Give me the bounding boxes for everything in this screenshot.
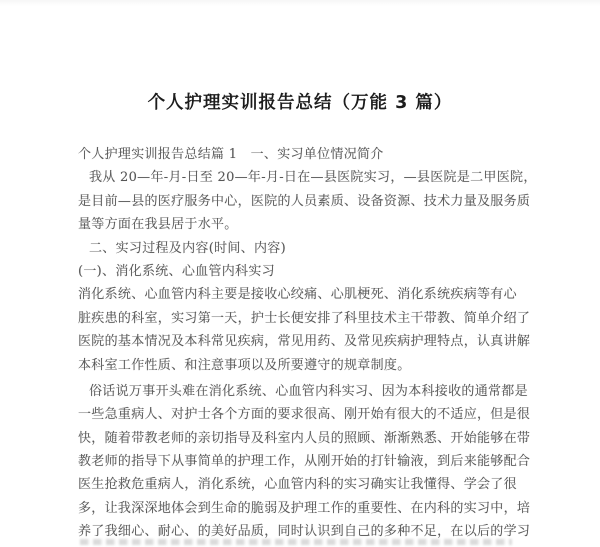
text-line: 一些急重病人、对护士各个方面的要求很高、刚开始有很大的不适应，但是很 — [78, 403, 528, 426]
text-line: 医院的基本情况及本科常见疾病，常见用药、及常见疾病护理特点，认真讲解 — [78, 330, 528, 353]
text-line: 医生抢救危重病人，消化系统，心血管内科的实习确实让我懂得、学会了很 — [78, 473, 528, 496]
document-title: 个人护理实训报告总结（万能 3 篇） — [0, 89, 600, 114]
text-line: 快，随着带教老师的亲切指导及科室内人员的照顾、渐渐熟悉、开始能够在带 — [78, 427, 528, 450]
text-line: (一)、消化系统、心血管内科实习 — [78, 260, 528, 283]
text-line: 二、实习过程及内容(时间、内容) — [78, 237, 528, 260]
text-line: 本科室工作性质、和注意事项以及所要遵守的规章制度。 — [78, 354, 528, 377]
text-line: 俗话说万事开头难在消化系统、心血管内科实习、因为本科接收的通常都是 — [78, 380, 528, 403]
text-line: 是目前—县的医疗服务中心，医院的人员素质、设备资源、技术力量及服务质 — [78, 190, 528, 213]
text-line: 量等方面在我县居于水平。 — [78, 213, 528, 236]
text-line: 个人护理实训报告总结篇 1 一、实习单位情况简介 — [78, 143, 528, 166]
text-line: 教老师的指导下从事简单的护理工作，从刚开始的打针输液，到后来能够配合 — [78, 450, 528, 473]
document-body: 个人护理实训报告总结篇 1 一、实习单位情况简介 我从 20—年-月-日至 20… — [78, 143, 528, 544]
text-line: 多，让我深深地体会到生命的脆弱及护理工作的重要性、在内科的实习中，培 — [78, 497, 528, 520]
clipped-text-line — [80, 539, 512, 545]
text-line: 我从 20—年-月-日至 20—年-月-日在—县医院实习，—县医院是二甲医院， — [78, 166, 528, 189]
text-line: 脏疾患的科室，实习第一天，护士长便安排了科里技术主干带教、简单介绍了 — [78, 307, 528, 330]
document-page: 个人护理实训报告总结（万能 3 篇） 个人护理实训报告总结篇 1 一、实习单位情… — [0, 0, 600, 547]
text-line: 消化系统、心血管内科主要是接收心绞痛、心肌梗死、消化系统疾病等有心 — [78, 283, 528, 306]
